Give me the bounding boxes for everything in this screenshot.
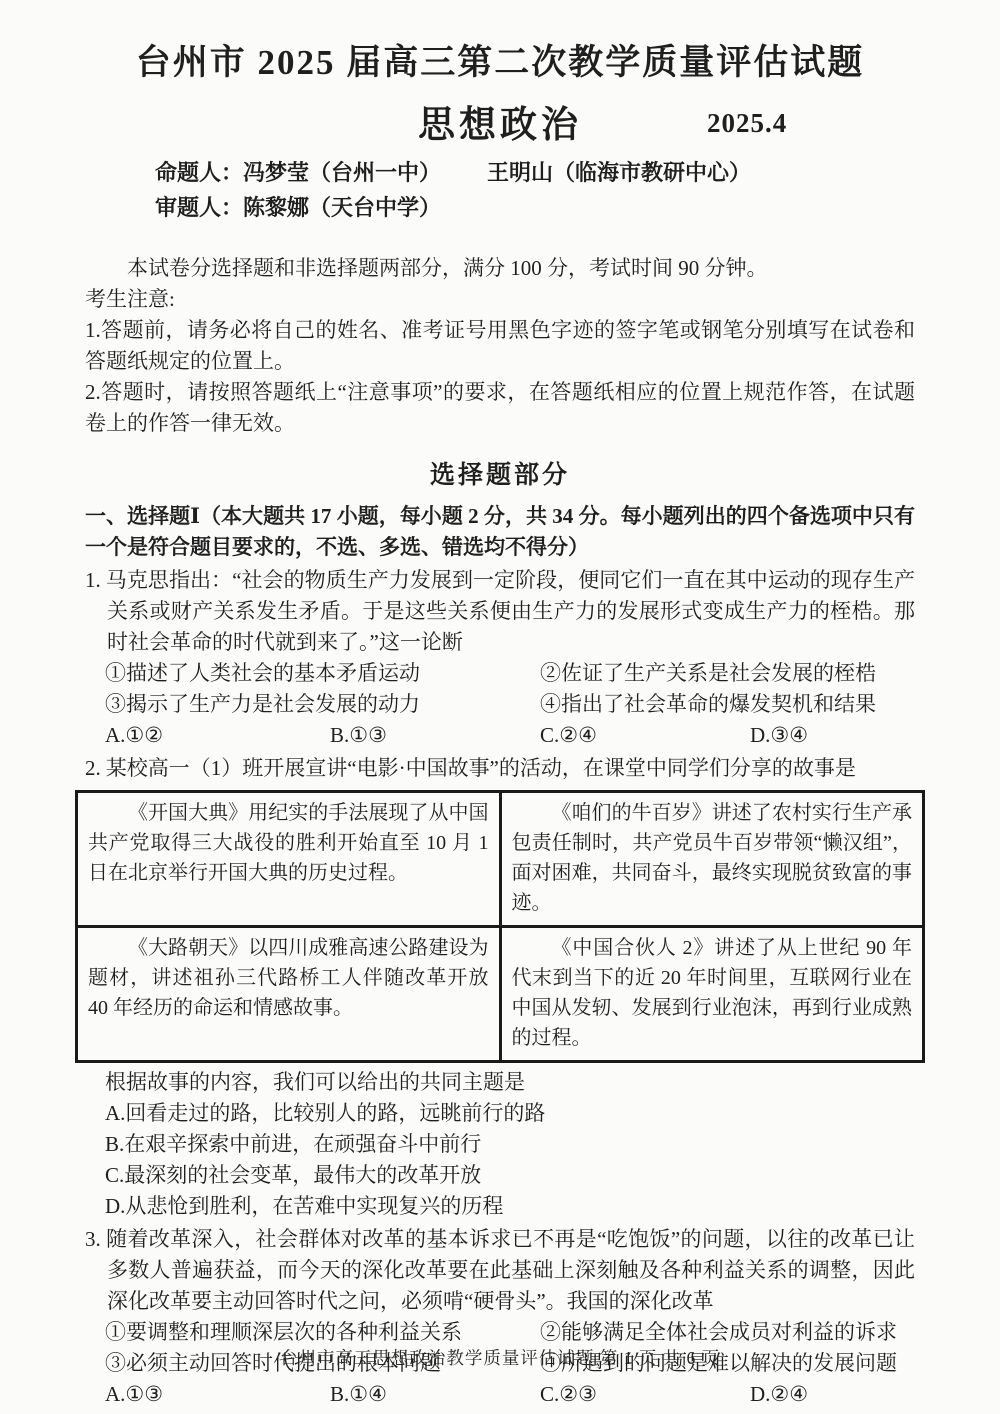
- exam-summary: 本试卷分选择题和非选择题两部分，满分 100 分，考试时间 90 分钟。: [85, 253, 915, 284]
- question-3-stem: 3.随着改革深入，社会群体对改革的基本诉求已不再是“吃饱饭”的问题，以往的改革已…: [85, 1224, 915, 1317]
- question-3-options-row-1: ①要调整和理顺深层次的各种利益关系 ②能够满足全体社会成员对利益的诉求: [85, 1317, 915, 1348]
- question-1-option-3: ③揭示了生产力是社会发展的动力: [105, 689, 540, 720]
- story-cell-daluchaotian: 《大路朝天》以四川成雅高速公路建设为题材，讲述祖孙三代路桥工人伴随改革开放 40…: [77, 926, 501, 1061]
- notice-title: 考生注意:: [85, 284, 915, 315]
- story-cell-zhongguohehuoren: 《中国合伙人 2》讲述了从上世纪 90 年代末到当下的近 20 年时间里，互联网…: [500, 926, 924, 1061]
- question-2-text: 某校高一（1）班开展宣讲“电影·中国故事”的活动，在课堂中同学们分享的故事是: [106, 756, 856, 780]
- reviewer-row: 审题人：陈黎娜（天台中学）: [85, 193, 915, 223]
- question-2-choice-b: B.在艰辛探索中前进，在顽强奋斗中前行: [85, 1129, 915, 1160]
- question-3-option-1: ①要调整和理顺深层次的各种利益关系: [105, 1317, 540, 1348]
- subject-row: 思想政治 2025.4: [85, 94, 915, 146]
- question-3-text: 随着改革深入，社会群体对改革的基本诉求已不再是“吃饱饭”的问题，以往的改革已让多…: [106, 1227, 915, 1313]
- question-1-option-4: ④指出了社会革命的爆发契机和结果: [540, 689, 876, 720]
- question-3-choice-c: C.②③: [540, 1379, 750, 1410]
- question-3-choices: A.①③ B.①④ C.②③ D.②④: [85, 1379, 915, 1410]
- subject-title: 思想政治: [418, 105, 582, 146]
- question-1-choice-d: D.③④: [750, 720, 808, 751]
- question-1-choice-c: C.②④: [540, 720, 750, 751]
- question-3-number: 3.: [85, 1227, 106, 1251]
- notice-item-1: 1.答题前，请务必将自己的姓名、准考证号用黑色字迹的签字笔或钢笔分别填写在试卷和…: [85, 315, 915, 377]
- proposer-row: 命题人：冯梦莹（台州一中） 王明山（临海市教研中心）: [85, 158, 915, 188]
- section-instructions: 一、选择题Ⅰ（本大题共 17 小题，每小题 2 分，共 34 分。每小题列出的四…: [85, 501, 915, 563]
- proposer-right: 王明山（临海市教研中心）: [487, 158, 751, 188]
- question-1-choice-a: A.①②: [105, 720, 330, 751]
- table-row: 《大路朝天》以四川成雅高速公路建设为题材，讲述祖孙三代路桥工人伴随改革开放 40…: [77, 926, 924, 1061]
- question-1-stem: 1.马克思指出：“社会的物质生产力发展到一定阶段，便同它们一直在其中运动的现存生…: [85, 565, 915, 658]
- proposer-left: 命题人：冯梦莹（台州一中）: [155, 158, 487, 188]
- question-1-text: 马克思指出：“社会的物质生产力发展到一定阶段，便同它们一直在其中运动的现存生产关…: [106, 568, 915, 654]
- question-1-options-row-2: ③揭示了生产力是社会发展的动力 ④指出了社会革命的爆发契机和结果: [85, 689, 915, 720]
- question-3-choice-b: B.①④: [330, 1379, 540, 1410]
- question-2-choice-a: A.回看走过的路，比较别人的路，远眺前行的路: [85, 1098, 915, 1129]
- question-3-choice-a: A.①③: [105, 1379, 330, 1410]
- movie-story-table: 《开国大典》用纪实的手法展现了从中国共产党取得三大战役的胜利开始直至 10 月 …: [75, 790, 925, 1063]
- question-2-followup: 根据故事的内容，我们可以给出的共同主题是: [85, 1067, 915, 1098]
- part-title: 选择题部分: [85, 455, 915, 491]
- question-1: 1.马克思指出：“社会的物质生产力发展到一定阶段，便同它们一直在其中运动的现存生…: [85, 565, 915, 751]
- question-2-stem: 2.某校高一（1）班开展宣讲“电影·中国故事”的活动，在课堂中同学们分享的故事是: [85, 753, 915, 784]
- question-3-choice-d: D.②④: [750, 1379, 808, 1410]
- question-3: 3.随着改革深入，社会群体对改革的基本诉求已不再是“吃饱饭”的问题，以往的改革已…: [85, 1224, 915, 1410]
- reviewer: 审题人：陈黎娜（天台中学）: [155, 193, 441, 223]
- question-1-choices: A.①② B.①③ C.②④ D.③④: [85, 720, 915, 751]
- question-2: 2.某校高一（1）班开展宣讲“电影·中国故事”的活动，在课堂中同学们分享的故事是…: [85, 753, 915, 1222]
- exam-paper-page: 台州市 2025 届高三第二次教学质量评估试题 思想政治 2025.4 命题人：…: [0, 0, 1000, 1414]
- paper-title: 台州市 2025 届高三第二次教学质量评估试题: [85, 40, 915, 86]
- page-footer: 台州市高三思想政治教学质量评估试题 第 1 页 共 6 页: [0, 1345, 1000, 1370]
- question-2-choice-d: D.从悲怆到胜利，在苦难中实现复兴的历程: [85, 1191, 915, 1222]
- question-3-option-2: ②能够满足全体社会成员对利益的诉求: [540, 1317, 897, 1348]
- notice-item-2: 2.答题时，请按照答题纸上“注意事项”的要求，在答题纸相应的位置上规范作答，在试…: [85, 377, 915, 439]
- question-2-number: 2.: [85, 756, 106, 780]
- question-1-option-1: ①描述了人类社会的基本矛盾运动: [105, 658, 540, 689]
- question-1-option-2: ②佐证了生产关系是社会发展的桎梏: [540, 658, 876, 689]
- story-cell-kaiguodadian: 《开国大典》用纪实的手法展现了从中国共产党取得三大战役的胜利开始直至 10 月 …: [77, 791, 501, 926]
- story-cell-niubaisui: 《咱们的牛百岁》讲述了农村实行生产承包责任制时，共产党员牛百岁带领“懒汉组”，面…: [500, 791, 924, 926]
- question-2-choice-c: C.最深刻的社会变革，最伟大的改革开放: [85, 1160, 915, 1191]
- question-1-number: 1.: [85, 568, 106, 592]
- question-1-options-row-1: ①描述了人类社会的基本矛盾运动 ②佐证了生产关系是社会发展的桎梏: [85, 658, 915, 689]
- paper-date: 2025.4: [707, 108, 787, 139]
- table-row: 《开国大典》用纪实的手法展现了从中国共产党取得三大战役的胜利开始直至 10 月 …: [77, 791, 924, 926]
- question-1-choice-b: B.①③: [330, 720, 540, 751]
